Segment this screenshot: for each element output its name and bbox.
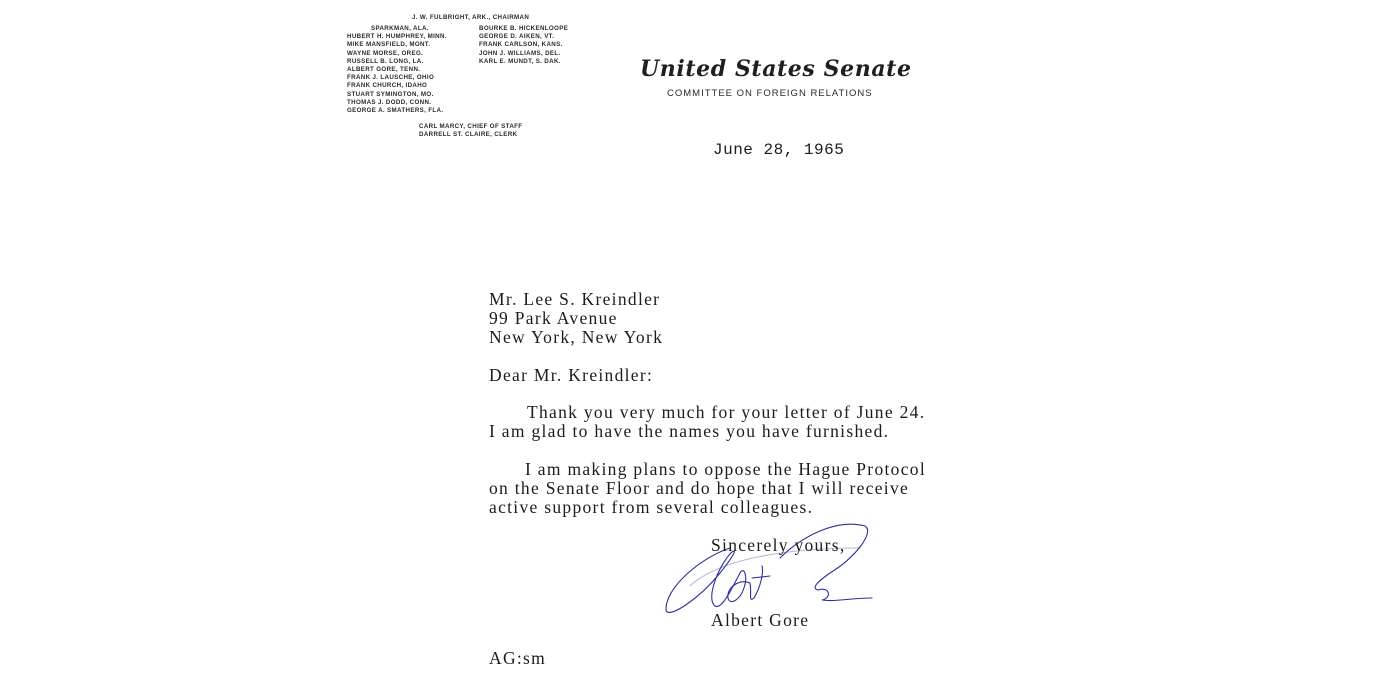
member-name: THOMAS J. DODD, CONN. (347, 99, 447, 107)
member-name: SPARKMAN, ALA. (347, 25, 447, 33)
body-line: I am making plans to oppose the Hague Pr… (489, 460, 926, 479)
signature-icon (660, 518, 880, 618)
recipient-address: Mr. Lee S. Kreindler 99 Park Avenue New … (489, 290, 663, 347)
letterhead-chairman: J. W. FULBRIGHT, ARK., CHAIRMAN (412, 14, 529, 22)
member-name: MIKE MANSFIELD, MONT. (347, 41, 447, 49)
body-paragraph: I am making plans to oppose the Hague Pr… (489, 460, 926, 517)
signature-name: Albert Gore (711, 611, 809, 630)
staff-line: CARL MARCY, CHIEF OF STAFF (419, 123, 522, 131)
member-name: GEORGE A. SMATHERS, FLA. (347, 107, 447, 115)
body-line: on the Senate Floor and do hope that I w… (489, 479, 926, 498)
body-line: Thank you very much for your letter of J… (489, 403, 925, 422)
reference-initials: AG:sm (489, 649, 546, 668)
recipient-line: 99 Park Avenue (489, 309, 663, 328)
member-name: WAYNE MORSE, OREG. (347, 50, 447, 58)
recipient-line: New York, New York (489, 328, 663, 347)
member-name: GEORGE D. AIKEN, VT. (479, 33, 568, 41)
member-name: ALBERT GORE, TENN. (347, 66, 447, 74)
member-name: FRANK J. LAUSCHE, OHIO (347, 74, 447, 82)
member-name: BOURKE B. HICKENLOOPE (479, 25, 568, 33)
member-name: HUBERT H. HUMPHREY, MINN. (347, 33, 447, 41)
member-name: RUSSELL B. LONG, LA. (347, 58, 447, 66)
member-name: STUART SYMINGTON, MO. (347, 91, 447, 99)
body-line: I am glad to have the names you have fur… (489, 422, 925, 441)
committee-name: COMMITTEE ON FOREIGN RELATIONS (667, 88, 873, 99)
recipient-line: Mr. Lee S. Kreindler (489, 290, 663, 309)
body-paragraph: Thank you very much for your letter of J… (489, 403, 925, 441)
letterhead-title: United States Senate (640, 56, 912, 82)
staff-line: DARRELL ST. CLAIRE, CLERK (419, 131, 522, 139)
letter-date: June 28, 1965 (713, 141, 844, 159)
body-line: active support from several colleagues. (489, 498, 926, 517)
letterhead-members-left: SPARKMAN, ALA. HUBERT H. HUMPHREY, MINN.… (347, 25, 447, 115)
closing: Sincerely yours, (711, 536, 846, 555)
letterhead-staff: CARL MARCY, CHIEF OF STAFF DARRELL ST. C… (419, 123, 522, 139)
letterhead-members-right: BOURKE B. HICKENLOOPE GEORGE D. AIKEN, V… (479, 25, 568, 66)
member-name: JOHN J. WILLIAMS, DEL. (479, 50, 568, 58)
member-name: FRANK CARLSON, KANS. (479, 41, 568, 49)
salutation: Dear Mr. Kreindler: (489, 366, 653, 385)
member-name: FRANK CHURCH, IDAHO (347, 82, 447, 90)
member-name: KARL E. MUNDT, S. DAK. (479, 58, 568, 66)
signature-image (660, 518, 880, 618)
